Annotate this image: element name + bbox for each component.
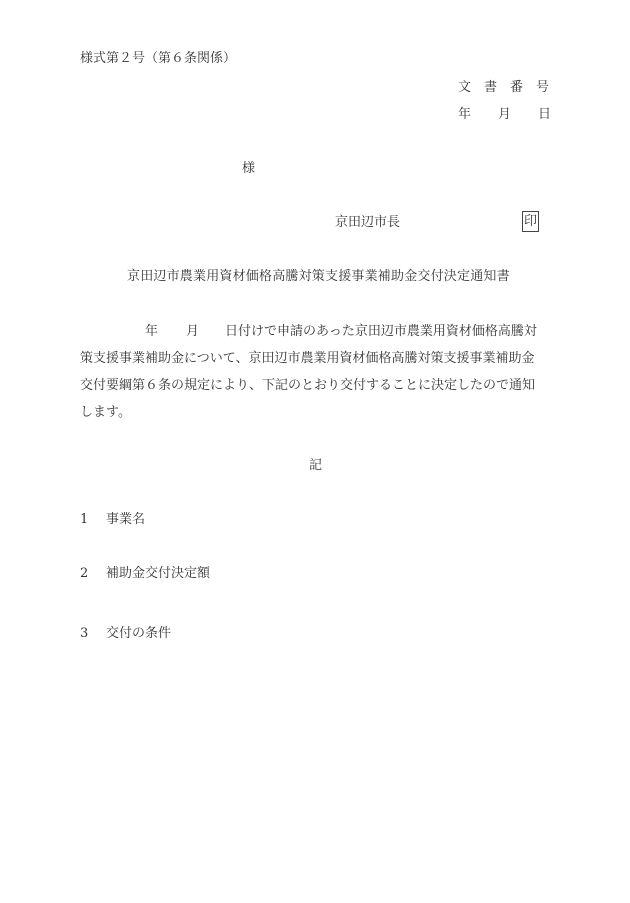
item-label: 交付の条件 xyxy=(106,626,171,641)
document-title: 京田辺市農業用資材価格高騰対策支援事業補助金交付決定通知書 xyxy=(127,270,510,283)
body-line-2: 策支援事業補助金について、京田辺市農業用資材価格高騰対策支援事業補助金 xyxy=(80,345,554,372)
date-year-label: 年 xyxy=(458,108,471,121)
note-heading: 記 xyxy=(309,459,322,472)
date-day-label: 日 xyxy=(538,108,551,121)
docnum-char: 号 xyxy=(536,81,562,94)
form-number: 様式第２号（第６条関係） xyxy=(80,52,236,65)
issuer-name: 京田辺市長 xyxy=(335,216,400,229)
notice-body: 年月日付けで申請のあった京田辺市農業用資材価格高騰対 策支援事業補助金について、… xyxy=(80,318,554,426)
item-label: 補助金交付決定額 xyxy=(106,566,210,581)
body-year-label: 年 xyxy=(145,324,158,339)
list-item: 3交付の条件 xyxy=(80,627,171,640)
date-month-label: 月 xyxy=(498,108,511,121)
item-label: 事業名 xyxy=(106,512,145,527)
docnum-char: 番 xyxy=(510,81,536,94)
item-number: 2 xyxy=(80,567,106,580)
list-item: 2補助金交付決定額 xyxy=(80,567,210,580)
document-number-label: 文書番号 xyxy=(458,81,562,94)
body-month-label: 月 xyxy=(186,324,199,339)
seal-stamp: 印 xyxy=(522,211,539,232)
item-number: 3 xyxy=(80,627,106,640)
body-line-3: 交付要綱第６条の規定により、下記のとおり交付することに決定したので通知 xyxy=(80,372,554,399)
body-line-1-text: 日付けで申請のあった京田辺市農業用資材価格高騰対 xyxy=(225,324,537,339)
list-item: 1事業名 xyxy=(80,513,145,526)
body-line-4: します。 xyxy=(80,399,554,426)
item-number: 1 xyxy=(80,513,106,526)
body-line-1: 年月日付けで申請のあった京田辺市農業用資材価格高騰対 xyxy=(80,318,554,345)
docnum-char: 文 xyxy=(458,81,484,94)
addressee-suffix: 様 xyxy=(242,162,255,175)
docnum-char: 書 xyxy=(484,81,510,94)
